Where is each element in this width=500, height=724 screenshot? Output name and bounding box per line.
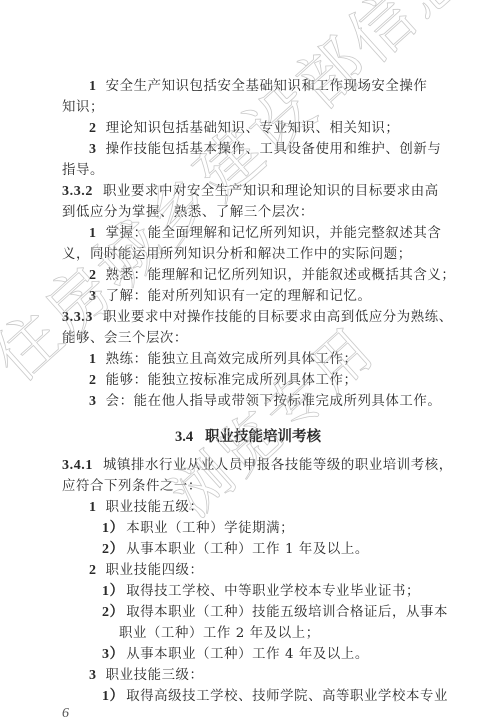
item-text: 能够、会三个层次： <box>62 331 188 346</box>
item-number: 1 <box>89 500 97 515</box>
item-text: 应符合下列条件之一： <box>62 479 202 494</box>
item-text: 到低应分为掌握、熟悉、了解三个层次： <box>62 205 314 220</box>
sub-list-item: 1）取得高级技工学校、技师学院、高等职业学校本专业 <box>62 687 474 707</box>
item-number: 1） <box>102 584 124 599</box>
section-number: 3.4 <box>175 429 193 445</box>
item-number: 1） <box>102 521 124 536</box>
list-item: 3操作技能包括基本操作、工具设备使用和维护、创新与 <box>62 140 461 160</box>
item-number: 3 <box>89 394 97 409</box>
item-number: 2 <box>89 373 97 388</box>
item-number: 3） <box>102 647 124 662</box>
item-number: 1 <box>89 226 97 241</box>
item-number: 2 <box>89 121 97 136</box>
item-text: 义，同时能运用所列知识分析和解决工作中的实际问题； <box>62 247 412 262</box>
list-item: 2熟悉：能理解和记忆所列知识，并能叙述或概括其含义； <box>62 266 461 286</box>
item-text: 从事本职业（工种）工作 1 年及以上。 <box>126 542 369 557</box>
text-line: 知识； <box>62 98 434 118</box>
item-text: 操作技能包括基本操作、工具设备使用和维护、创新与 <box>106 142 442 157</box>
item-text: 职业（工种）工作 2 年及以上； <box>119 626 320 641</box>
list-item: 1熟练：能独立且高效完成所列具体工作； <box>62 350 461 370</box>
item-text: 本职业（工种）学徒期满； <box>126 521 294 536</box>
text-line: 到低应分为掌握、熟悉、了解三个层次： <box>62 203 434 223</box>
section-title: 职业技能培训考核 <box>205 429 321 445</box>
item-text: 掌握：能全面理解和记忆所列知识，并能完整叙述其含 <box>106 226 442 241</box>
clause-number: 3.3.3 <box>62 310 93 325</box>
item-text: 职业技能四级： <box>106 563 204 578</box>
clause: 3.4.1城镇排水行业从业人员申报各技能等级的职业培训考核， <box>62 456 434 476</box>
list-item: 1掌握：能全面理解和记忆所列知识，并能完整叙述其含 <box>62 224 461 244</box>
text-line: 义，同时能运用所列知识分析和解决工作中的实际问题； <box>62 245 434 265</box>
item-text: 城镇排水行业从业人员申报各技能等级的职业培训考核， <box>103 458 453 473</box>
item-number: 2） <box>102 542 124 557</box>
item-text: 职业要求中对安全生产知识和理论知识的目标要求由高 <box>103 184 439 199</box>
list-item: 3了解：能对所列知识有一定的理解和记忆。 <box>62 287 461 307</box>
item-text: 会：能在他人指导或带领下按标准完成所列具体工作。 <box>106 394 442 409</box>
item-number: 2） <box>102 605 124 620</box>
item-text: 取得本职业（工种）技能五级培训合格证后，从事本 <box>126 605 448 620</box>
item-number: 1） <box>102 689 124 704</box>
section-heading: 3.4职业技能培训考核 <box>62 427 434 447</box>
item-number: 3 <box>89 289 97 304</box>
item-text: 知识； <box>62 100 104 115</box>
item-number: 2 <box>89 268 97 283</box>
list-item: 3职业技能三级： <box>62 666 461 686</box>
item-text: 了解：能对所列知识有一定的理解和记忆。 <box>106 289 372 304</box>
item-text: 取得高级技工学校、技师学院、高等职业学校本专业 <box>126 689 448 704</box>
sub-list-item: 2）取得本职业（工种）技能五级培训合格证后，从事本 <box>62 603 474 623</box>
list-item: 2能够：能独立按标准完成所列具体工作； <box>62 371 461 391</box>
list-item: 1职业技能五级： <box>62 498 461 518</box>
item-text: 从事本职业（工种）工作 4 年及以上。 <box>126 647 369 662</box>
text-line: 职业（工种）工作 2 年及以上； <box>62 624 491 644</box>
item-text: 取得技工学校、中等职业学校本专业毕业证书； <box>126 584 420 599</box>
text-line: 指导。 <box>62 161 434 181</box>
item-text: 职业技能三级： <box>106 668 204 683</box>
clause-number: 3.4.1 <box>62 458 93 473</box>
clause: 3.3.2职业要求中对安全生产知识和理论知识的目标要求由高 <box>62 182 434 202</box>
item-number: 1 <box>89 352 97 367</box>
item-text: 能够：能独立按标准完成所列具体工作； <box>106 373 358 388</box>
page-number: 6 <box>62 706 69 722</box>
clause: 3.3.3职业要求中对操作技能的目标要求由高到低应分为熟练、 <box>62 308 434 328</box>
text-line: 能够、会三个层次： <box>62 329 434 349</box>
sub-list-item: 1）取得技工学校、中等职业学校本专业毕业证书； <box>62 582 474 602</box>
sub-list-item: 3）从事本职业（工种）工作 4 年及以上。 <box>62 645 474 665</box>
item-number: 2 <box>89 563 97 578</box>
item-text: 熟悉：能理解和记忆所列知识，并能叙述或概括其含义； <box>106 268 456 283</box>
item-text: 职业技能五级： <box>106 500 204 515</box>
item-number: 3 <box>89 668 97 683</box>
list-item: 2理论知识包括基础知识、专业知识、相关知识； <box>62 119 461 139</box>
item-text: 职业要求中对操作技能的目标要求由高到低应分为熟练、 <box>103 310 453 325</box>
list-item: 1安全生产知识包括安全基础知识和工作现场安全操作 <box>62 77 461 97</box>
item-text: 指导。 <box>62 163 104 178</box>
sub-list-item: 1）本职业（工种）学徒期满； <box>62 519 474 539</box>
item-number: 3 <box>89 142 97 157</box>
list-item: 2职业技能四级： <box>62 561 461 581</box>
document-page: 1安全生产知识包括安全基础知识和工作现场安全操作 知识； 2理论知识包括基础知识… <box>0 0 500 724</box>
item-number: 1 <box>89 79 97 94</box>
item-text: 理论知识包括基础知识、专业知识、相关知识； <box>106 121 400 136</box>
sub-list-item: 2）从事本职业（工种）工作 1 年及以上。 <box>62 540 474 560</box>
clause-number: 3.3.2 <box>62 184 93 199</box>
item-text: 安全生产知识包括安全基础知识和工作现场安全操作 <box>106 79 428 94</box>
text-line: 应符合下列条件之一： <box>62 477 434 497</box>
item-text: 熟练：能独立且高效完成所列具体工作； <box>106 352 358 367</box>
list-item: 3会：能在他人指导或带领下按标准完成所列具体工作。 <box>62 392 461 412</box>
